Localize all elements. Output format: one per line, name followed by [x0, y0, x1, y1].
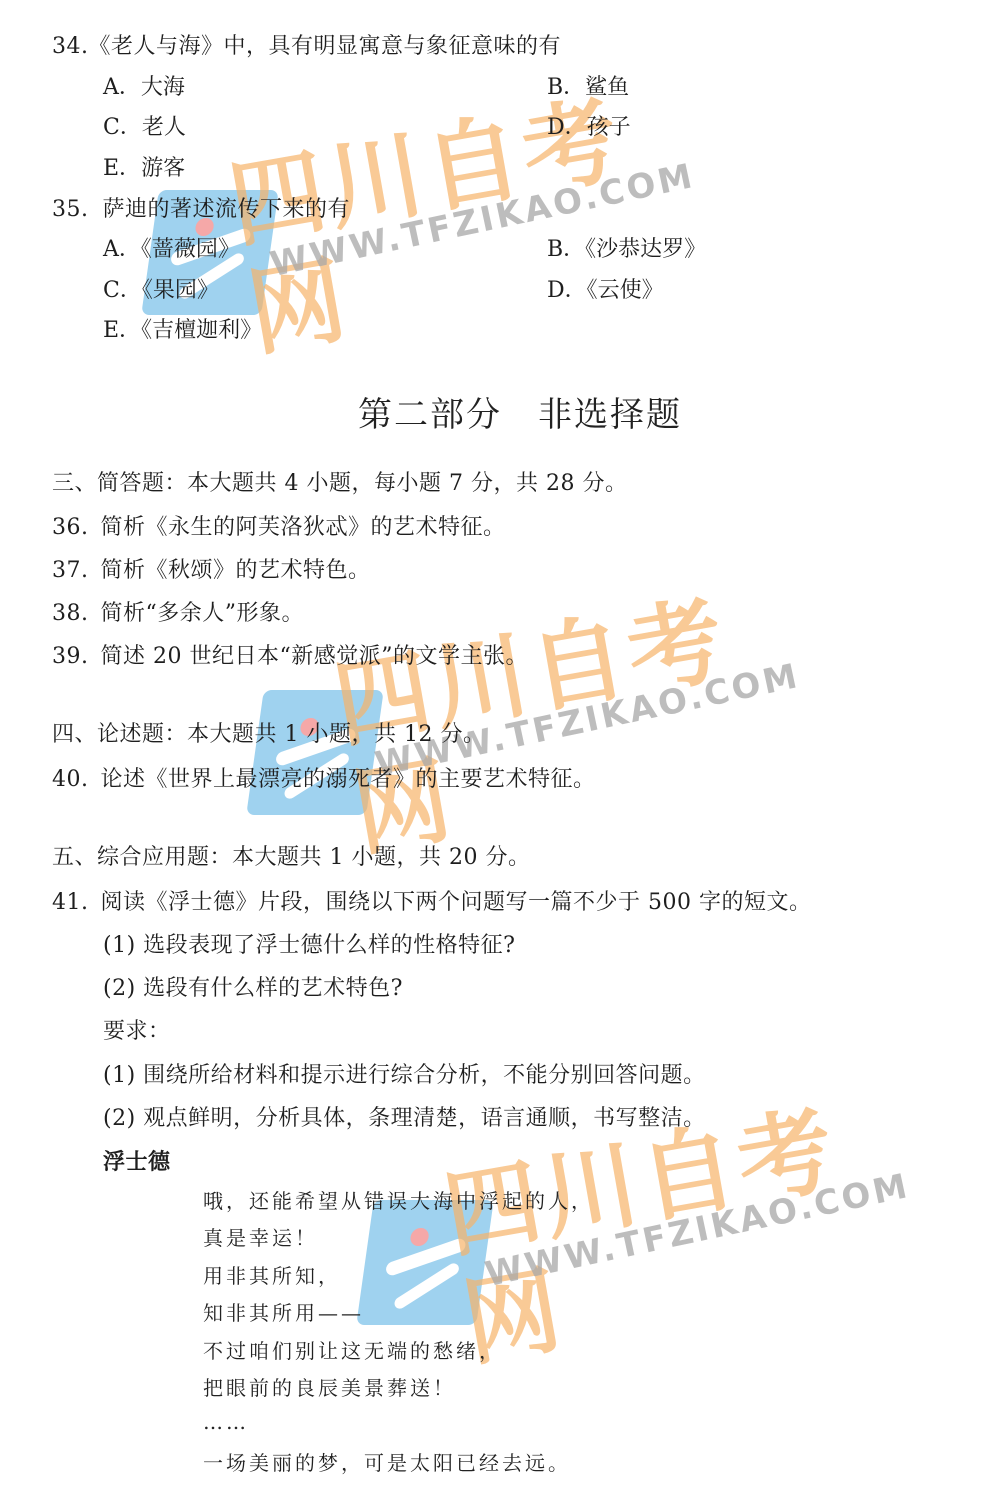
- question-36: 36.简析《永生的阿芙洛狄忒》的艺术特征。: [52, 513, 506, 543]
- exam-page: 四川自考网 WWW.TFZIKAO.COM 四川自考网 WWW.TFZIKAO.…: [0, 0, 1000, 1509]
- option-35-b: B．《沙恭达罗》: [547, 235, 706, 265]
- excerpt-line: 真是幸运！: [203, 1224, 318, 1252]
- requirement-2: (2) 观点鲜明，分析具体，条理清楚，语言通顺，书写整洁。: [103, 1104, 706, 1134]
- excerpt-line: 一场美丽的梦，可是太阳已经去远。: [203, 1449, 571, 1477]
- question-34: 34.《老人与海》中，具有明显寓意与象征意味的有: [52, 32, 561, 62]
- question-stem: 萨迪的著述流传下来的有: [103, 197, 351, 222]
- section-3-heading: 三、简答题：本大题共 4 小题，每小题 7 分，共 28 分。: [52, 469, 627, 499]
- text-layer: 34.《老人与海》中，具有明显寓意与象征意味的有 A．大海 B．鲨鱼 C．老人 …: [0, 0, 1000, 1509]
- option-34-c: C．老人: [103, 113, 186, 143]
- question-35: 35.萨迪的著述流传下来的有: [52, 195, 350, 225]
- question-40: 40.论述《世界上最漂亮的溺死者》的主要艺术特征。: [52, 765, 596, 795]
- question-37: 37.简析《秋颂》的艺术特色。: [52, 556, 371, 586]
- option-35-e: E．《吉檀迦利》: [103, 316, 262, 346]
- option-35-a: A．《蔷薇园》: [103, 235, 240, 265]
- question-number: 35.: [52, 197, 89, 222]
- option-35-d: D．《云使》: [547, 276, 664, 306]
- option-34-d: D．孩子: [547, 113, 631, 143]
- sub-question-1: (1) 选段表现了浮士德什么样的性格特征?: [103, 931, 515, 961]
- sub-question-2: (2) 选段有什么样的艺术特色?: [103, 974, 403, 1004]
- excerpt-line: 哦，还能希望从错误大海中浮起的人，: [203, 1187, 594, 1215]
- part-two-title: 第二部分 非选择题: [0, 393, 1000, 437]
- option-34-b: B．鲨鱼: [547, 73, 629, 103]
- section-4-heading: 四、论述题：本大题共 1 小题，共 12 分。: [52, 720, 485, 750]
- excerpt-line: 不过咱们别让这无端的愁绪，: [203, 1337, 502, 1365]
- question-38: 38.简析“多余人”形象。: [52, 599, 304, 629]
- requirements-label: 要求：: [103, 1017, 171, 1047]
- excerpt-ellipsis: ……: [203, 1408, 249, 1436]
- excerpt-line: 用非其所知，: [203, 1262, 341, 1290]
- section-5-heading: 五、综合应用题：本大题共 1 小题，共 20 分。: [52, 843, 530, 873]
- excerpt-title: 浮士德: [103, 1147, 171, 1177]
- question-41: 41.阅读《浮士德》片段，围绕以下两个问题写一篇不少于 500 字的短文。: [52, 888, 811, 918]
- question-39: 39.简述 20 世纪日本“新感觉派”的文学主张。: [52, 642, 528, 672]
- excerpt-line: 知非其所用——: [203, 1299, 364, 1327]
- option-34-a: A．大海: [103, 73, 185, 103]
- question-stem: 《老人与海》中，具有明显寓意与象征意味的有: [89, 34, 562, 59]
- question-number: 34.: [52, 34, 89, 59]
- option-35-c: C．《果园》: [103, 276, 219, 306]
- requirement-1: (1) 围绕所给材料和提示进行综合分析，不能分别回答问题。: [103, 1061, 706, 1091]
- option-34-e: E．游客: [103, 154, 185, 184]
- excerpt-line: 把眼前的良辰美景葬送！: [203, 1374, 456, 1402]
